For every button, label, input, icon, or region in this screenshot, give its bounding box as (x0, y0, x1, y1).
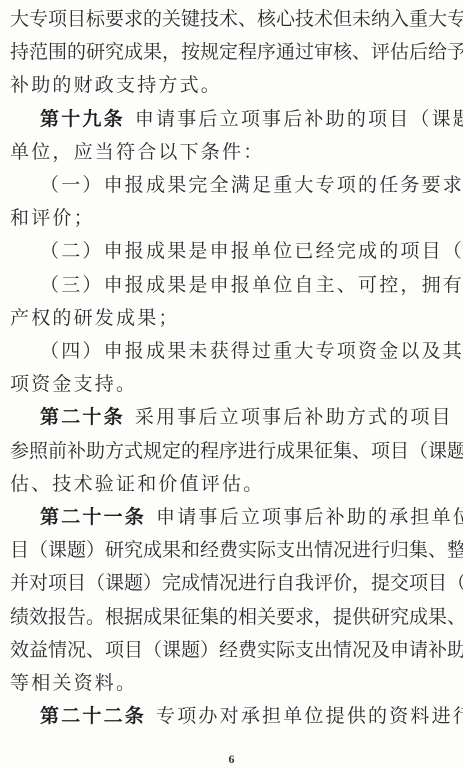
text-line: 参照前补助方式规定的程序进行成果征集、项目（课题）评 (10, 436, 458, 466)
text-line: 持范围的研究成果，按规定程序通过审核、评估后给予相应 (10, 37, 458, 67)
text-line: 项资金支持。 (10, 369, 137, 399)
text-line: 大专项目标要求的关键技术、核心技术但未纳入重大专项支 (10, 4, 458, 34)
article-heading: 第十九条 (40, 108, 125, 130)
article-heading: 第二十二条 (40, 705, 146, 727)
text-line: 和评价； (10, 203, 95, 233)
page-number: 6 (0, 752, 463, 767)
condition-item-4: （四）申报成果未获得过重大专项资金以及其他财政专 (40, 336, 463, 366)
text-line: 并对项目（课题）完成情况进行自我评价，提交项目（课题） (10, 568, 458, 598)
article-heading: 第二十一条 (40, 506, 146, 528)
article-heading: 第二十条 (40, 406, 125, 428)
condition-item-2: （二）申报成果是申报单位已经完成的项目（课题）； (40, 236, 463, 266)
text-line: 产权的研发成果； (10, 303, 180, 333)
text-line: 单位，应当符合以下条件： (10, 137, 264, 167)
article-text: 申请事后立项事后补助的承担单位，应对项 (156, 506, 463, 528)
article-text: 采用事后立项事后补助方式的项目（课题）， (135, 406, 463, 428)
condition-item-3: （三）申报成果是申报单位自主、可控，拥有自主知识 (40, 270, 463, 300)
condition-item-1: （一）申报成果完全满足重大专项的任务要求，可验证 (40, 170, 463, 200)
text-line: 绩效报告。根据成果征集的相关要求，提供研究成果、经济 (10, 602, 458, 632)
text-line: 等相关资料。 (10, 668, 137, 698)
article-20-line: 第二十条采用事后立项事后补助方式的项目（课题）， (40, 402, 463, 432)
article-22-line: 第二十二条专项办对承担单位提供的资料进行形式审 (40, 701, 463, 731)
article-text: 申请事后立项事后补助的项目（课题）申报 (135, 108, 463, 130)
text-line: 目（课题）研究成果和经费实际支出情况进行归集、整理， (10, 535, 458, 565)
article-21-line: 第二十一条申请事后立项事后补助的承担单位，应对项 (40, 502, 463, 532)
text-line: 效益情况、项目（课题）经费实际支出情况及申请补助金额 (10, 635, 458, 665)
text-line: 补助的财政支持方式。 (10, 70, 222, 100)
text-line: 估、技术验证和价值评估。 (10, 469, 264, 499)
article-text: 专项办对承担单位提供的资料进行形式审 (156, 705, 463, 727)
document-page: 大专项目标要求的关键技术、核心技术但未纳入重大专项支 持范围的研究成果，按规定程… (0, 0, 463, 768)
article-19-line: 第十九条申请事后立项事后补助的项目（课题）申报 (40, 104, 463, 134)
